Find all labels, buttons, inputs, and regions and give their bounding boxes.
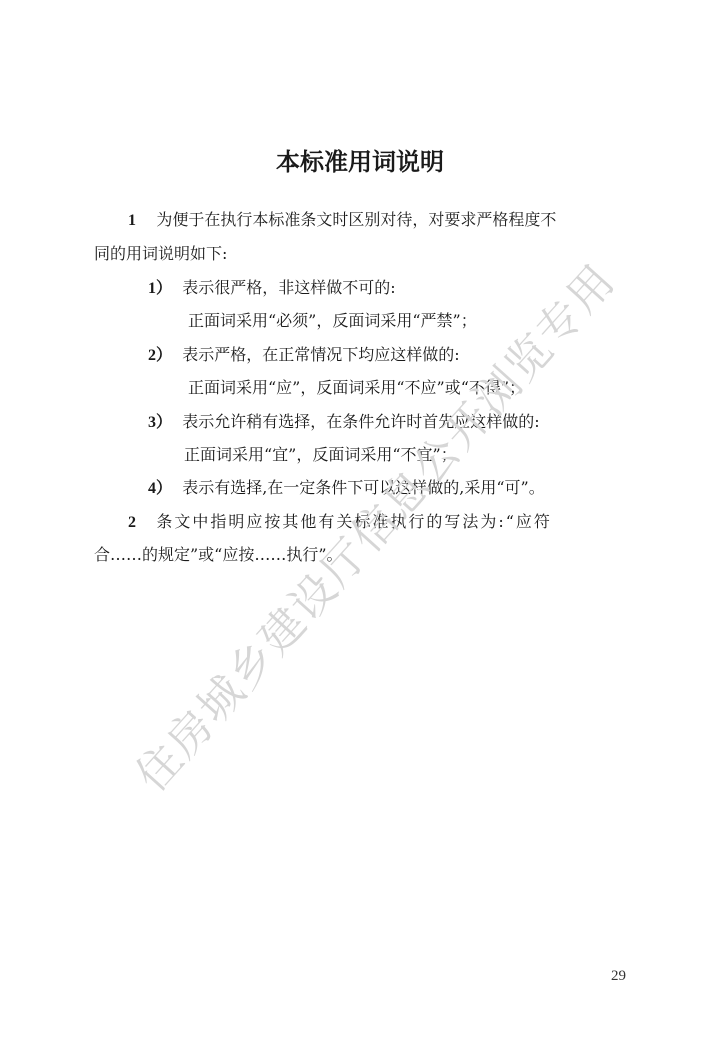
item-4-desc: 4） 表示有选择,在一定条件下可以这样做的,采用“可”。: [148, 478, 545, 499]
page-number: 29: [611, 968, 626, 985]
item-1-usage: 正面词采用“必须”，反面词采用“严禁”；: [188, 311, 477, 331]
clause-1-line-1: 1 为便于在执行本标准条文时区别对待，对要求严格程度不: [128, 210, 628, 231]
item-desc: 表示很严格，非这样做不可的:: [182, 278, 395, 297]
page-title: 本标准用词说明: [0, 142, 720, 177]
clause-number: 1: [128, 212, 136, 229]
item-3-desc: 3） 表示允许稍有选择，在条件允许时首先应这样做的:: [148, 412, 540, 433]
item-2-usage: 正面词采用“应”，反面词采用“不应”或“不得”；: [188, 378, 525, 398]
item-desc: 表示有选择,在一定条件下可以这样做的,采用“可”。: [182, 478, 545, 497]
clause-2-line-1: 2 条文中指明应按其他有关标准执行的写法为:“应符: [128, 512, 552, 533]
item-number: 4）: [148, 480, 172, 497]
item-desc: 表示严格，在正常情况下均应这样做的:: [182, 345, 459, 364]
item-number: 2）: [148, 347, 172, 364]
clause-1-line-2: 同的用词说明如下:: [94, 244, 227, 264]
clause-text: 为便于在执行本标准条文时区别对待，对要求严格程度不: [156, 210, 556, 229]
clause-2-line-2: 合……的规定”或“应按……执行”。: [94, 545, 343, 565]
clause-number: 2: [128, 514, 136, 531]
item-3-usage: 正面词采用“宜”，反面词采用“不宜”；: [184, 445, 457, 465]
item-2-desc: 2） 表示严格，在正常情况下均应这样做的:: [148, 345, 460, 366]
item-1-desc: 1） 表示很严格，非这样做不可的:: [148, 278, 396, 299]
item-number: 1）: [148, 280, 172, 297]
item-number: 3）: [148, 414, 172, 431]
clause-text: 条文中指明应按其他有关标准执行的写法为:“应符: [156, 512, 552, 531]
item-desc: 表示允许稍有选择，在条件允许时首先应这样做的:: [182, 412, 539, 431]
